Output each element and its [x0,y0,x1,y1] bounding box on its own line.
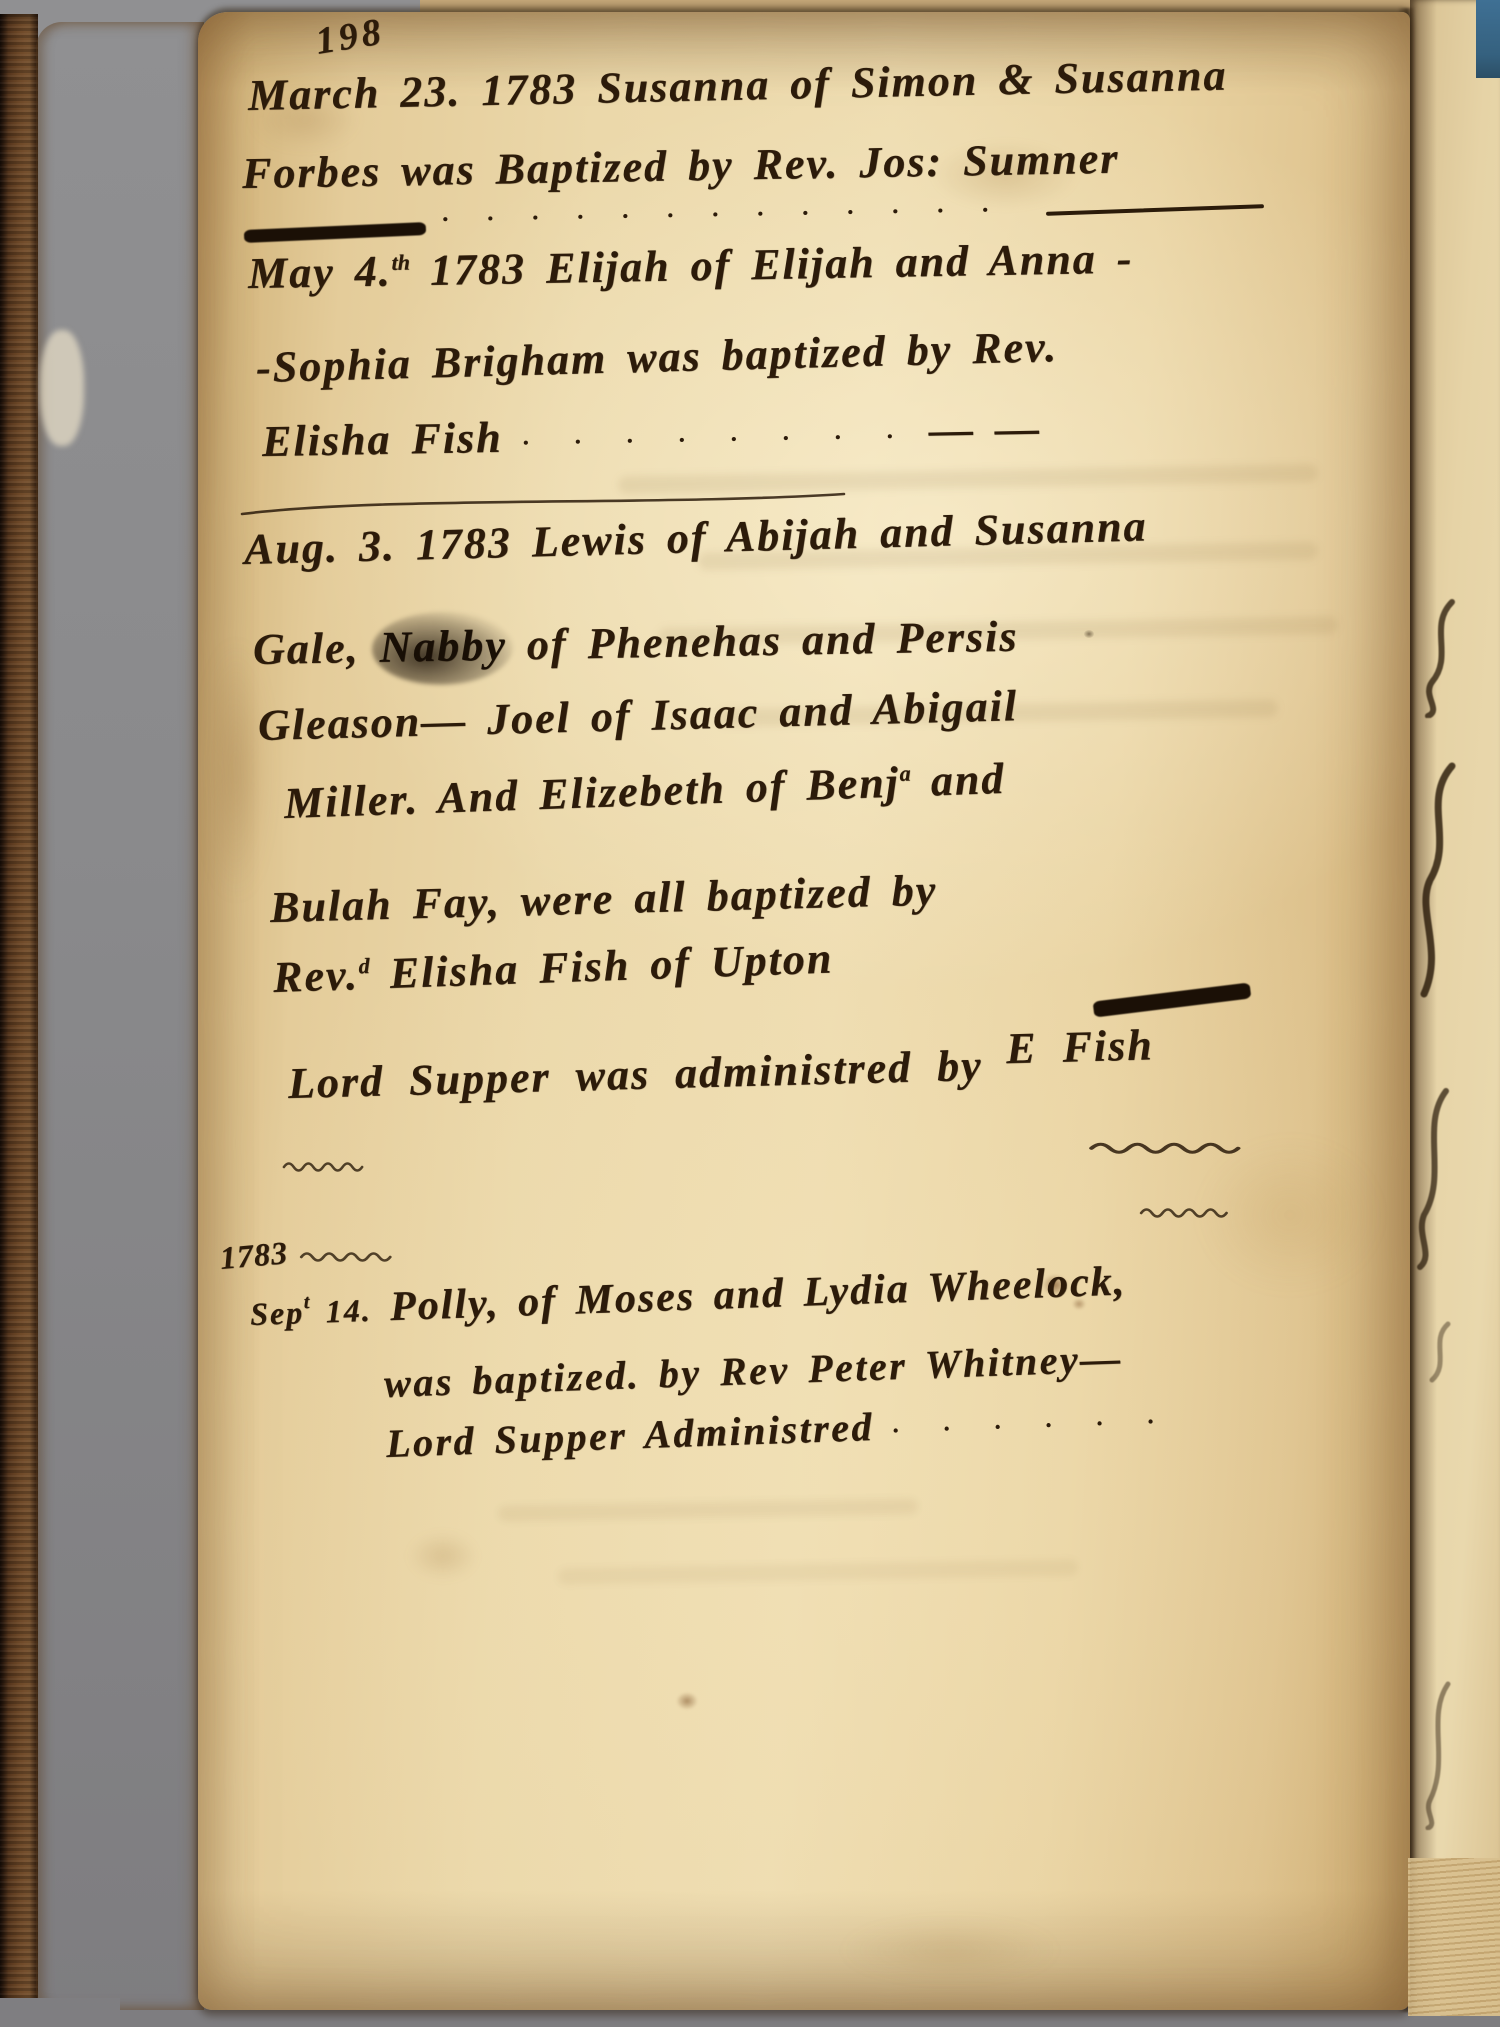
stain [206,640,266,900]
stain [840,1920,1060,1980]
record-line: Lord Supper Administred . . . . . . [385,1393,1170,1467]
stain [676,1692,698,1710]
raised-text: E Fish [1005,1020,1154,1073]
record-date: Sep [249,1294,304,1332]
record-text: Miller. And Elizebeth of Benj [283,758,900,828]
facing-page-ink-fragment [1424,1320,1454,1389]
leather-book-cover [0,14,38,2012]
facing-page-ink-fragment [1412,1085,1452,1275]
record-line: was baptized. by Rev Peter Whitney— [383,1334,1123,1407]
bottom-page-edges [1408,1858,1500,2016]
manuscript-page: 198 March 23. 1783 Susanna of Simon & Su… [198,12,1410,2010]
record-line: Miller. And Elizebeth of Benja and [283,753,1006,829]
dotted-leader: . . . . . . [892,1400,1170,1439]
leather-texture [0,14,38,2012]
record-text: May 4. [248,246,392,297]
facing-page-ink-fragment [1420,1680,1454,1835]
superscript: d [358,953,370,978]
record-line: Gale, Nabby of Phenehas and Persis [253,611,1019,675]
record-line: Elisha Fish . . . . . . . . — ― [262,402,1042,467]
margin-year: 1783 [218,1234,289,1277]
record-text: Elisha Fish of Upton [369,933,834,998]
heavy-ink-dash [1093,982,1252,1017]
record-text: Lord Supper Administred [385,1404,874,1466]
record-text: Lord Supper was administred by [287,1041,983,1108]
ditto-squiggle [281,1158,369,1177]
record-line: March 23. 1783 Susanna of Simon & Susann… [247,49,1227,121]
paper-repair-patch [40,330,84,446]
record-line: May 4.th 1783 Elijah of Elijah and Anna … [248,233,1134,299]
record-line: -Sophia Brigham was baptized by Rev. [255,321,1058,393]
record-line: Bulah Fay, were all baptized by [269,865,937,933]
record-date: 14. [309,1292,372,1330]
manuscript-photo: 198 March 23. 1783 Susanna of Simon & Su… [0,0,1500,2027]
record-text: Rev. [272,950,359,1002]
record-text: of Phenehas and Persis [506,612,1018,670]
record-text: Elisha Fish [262,413,503,466]
record-text: Polly, of Moses and Lydia Wheelock, [371,1258,1127,1330]
ditto-squiggle [1086,1138,1251,1159]
record-line: Lord Supper was administred byE Fish [287,1035,1154,1109]
record-line: Rev.d Elisha Fish of Upton [272,932,834,1003]
ditto-squiggle [1138,1204,1234,1223]
blotted-name: Nabby [379,621,507,672]
record-text: and [910,754,1006,806]
sumner-underline [1046,204,1264,216]
record-text: Gale, [253,623,380,674]
page-number: 198 [313,9,388,63]
record-text: was Baptized by Rev. Jos: Sumner [381,134,1120,196]
facing-page-ink-fragment [1414,760,1458,1005]
forbes-heavy-underline [244,222,426,243]
turned-page-edges [36,22,204,2010]
surname-underlined: Forbes [242,147,382,198]
ink-showthrough [498,1498,918,1521]
blue-cover-edge [1476,0,1500,78]
record-line: Sept 14. Polly, of Moses and Lydia Wheel… [249,1257,1127,1336]
ink-showthrough [558,1559,1078,1584]
superscript: th [391,250,410,275]
backdrop-corner [0,1998,120,2027]
facing-page-ink-fragment [1418,598,1458,723]
dash-marks: — ― [929,403,1042,454]
dotted-leader: . . . . . . . . [522,415,909,451]
record-text: 1783 Elijah of Elijah and Anna - [410,234,1134,296]
stain [408,1532,478,1580]
ditto-squiggle [298,1248,398,1267]
dotted-leader: . . . . . . . . . . . . . [442,188,1005,228]
record-line: Gleason— Joel of Isaac and Abigail [257,680,1018,751]
